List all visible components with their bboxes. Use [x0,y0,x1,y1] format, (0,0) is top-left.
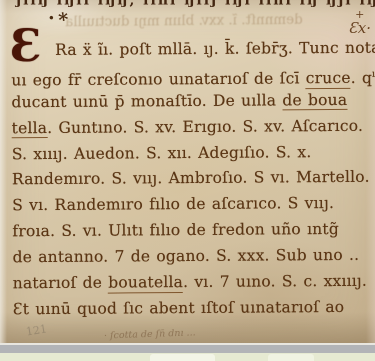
manuscript-text-line: uı ego fr̄ creſconıo uınatarıoſ de ſcī c… [11,62,365,90]
underlined-text-segment: tella [12,119,48,139]
text-segment: de antanno. 7 de ogano. S. xxx. Sub uno … [12,246,359,266]
bottom-gray-bar [0,343,375,353]
text-segment: natarıoſ de [13,274,109,293]
footer-tab [268,354,314,361]
text-segment: uı ego fr̄ creſconıo uınatarıoſ de ſcī [11,69,306,89]
text-segment: Ra ẍ ĩı. poſt mllā. ıȷ. k̄. ſebr̄ʒ. Tun… [55,39,375,59]
manuscript-text-line: natarıoſ de bouatella. vı. 7 uıno. S. c.… [13,269,367,297]
text-segment: Ɛt uınū quod ſıc abent ıſtoſ uınatarıoſ … [13,298,345,318]
manuscript-photo: ȷııŋ ıŋıı ıŋŋ, ıını ŋııȷ ıŋı ıını ıŋ ŋȷı… [0,0,375,361]
manuscript-text-line: S vı. Randemıro fılıo de aſcarıco. S vıı… [12,191,366,219]
underlined-text-segment: cruce [306,69,351,89]
manuscript-text-line: Ra ẍ ĩı. poſt mllā. ıȷ. k̄. ſebr̄ʒ. Tun… [11,36,365,64]
text-lines: Ra ẍ ĩı. poſt mllā. ıȷ. k̄. ſebr̄ʒ. Tun… [11,36,367,323]
manuscript-text-line: Ɛt uınū quod ſıc abent ıſtoſ uınatarıoſ … [13,295,367,323]
footer-tab [150,354,215,361]
manuscript-text-line: S. xıııȷ. Auedon. S. xıı. Adegıſıo. S. x… [12,139,366,167]
faint-scribble: · ſcotta de ſn̄ dnı ... [104,327,196,341]
underlined-text-segment: bouatella [108,273,183,293]
margin-letters: Ɛx· [348,20,371,36]
text-segment: froıa. S. vı. Ulıtı fılıo de fredon uño … [12,220,339,240]
text-segment: . vı. 7 uıno. S. c. xxıııȷ. [183,272,367,291]
manuscript-text-line: Randemıro. S. vııȷ. Ambroſıo. S vı. Mart… [12,165,366,193]
manuscript-text-line: tella. Guntıno. S. xv. Erıgıo. S. xv. Aſ… [12,113,366,141]
pencil-mark: 121 [25,322,48,338]
bottom-strip [0,353,375,361]
margin-note: + Ɛx· [348,10,371,36]
text-segment: ducant uınū p̄ monaſtīo. De uılla [11,91,282,111]
parchment-page: ȷııŋ ıŋıı ıŋŋ, ıını ŋııȷ ıŋı ıını ıŋ ŋȷı… [0,0,375,343]
text-segment: Randemıro. S. vııȷ. Ambroſıo. S vı. Mart… [12,168,370,188]
manuscript-text-line: froıa. S. vı. Ulıtı fılıo de fredon uño … [12,217,366,245]
manuscript-text-line: de antanno. 7 de ogano. S. xxx. Sub uno … [12,243,366,271]
manuscript-text-line: ducant uınū p̄ monaſtīo. De uılla de bou… [11,88,365,116]
text-segment: . Guntıno. S. xv. Erıgıo. S. xv. Aſcarıc… [47,116,363,136]
text-segment: S. xıııȷ. Auedon. S. xıı. Adegıſıo. S. x… [12,143,312,163]
ink-showthrough-text: demnnſt. ĩ. xxv. blıın mŋı ductıuılla [34,11,334,30]
text-segment: . q [351,69,373,87]
scribal-cross-mark: ·∗ [47,4,74,29]
underlined-text-segment: de boua [282,91,347,111]
text-segment: S vı. Randemıro fılıo de aſcarıco. S vıı… [12,194,334,214]
